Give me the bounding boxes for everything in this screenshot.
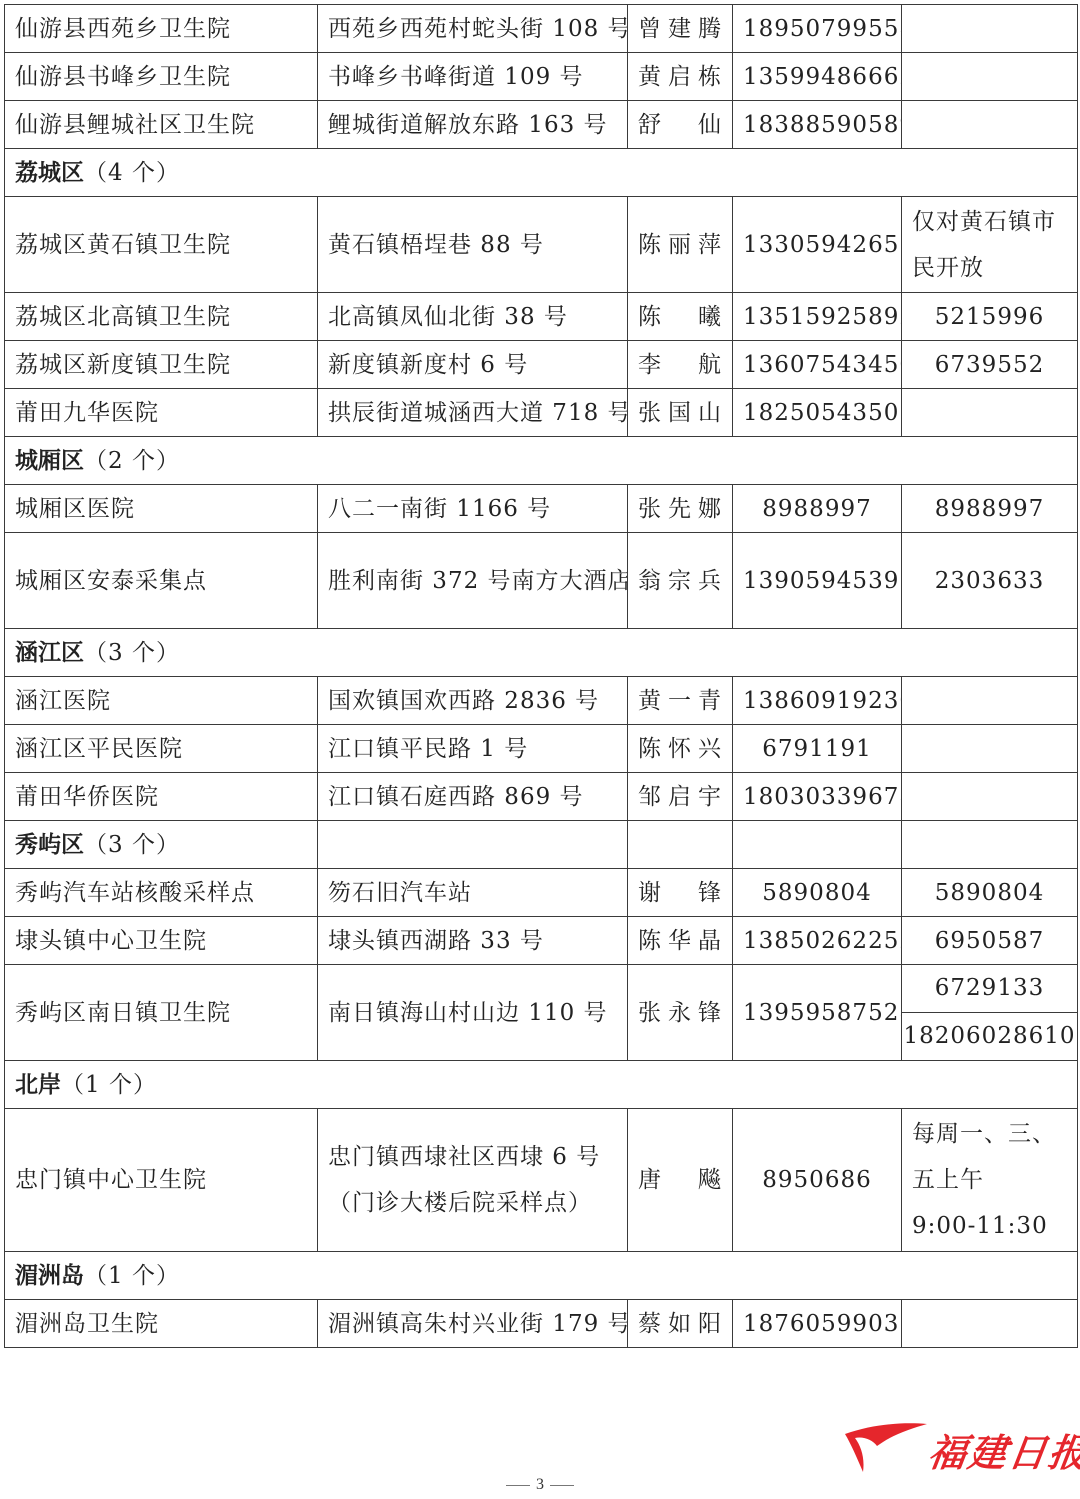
- address-line: （门诊大楼后院采样点）: [328, 1180, 617, 1226]
- site-name: 湄洲岛卫生院: [5, 1300, 318, 1348]
- site-address: 埭头镇西湖路 33 号: [318, 917, 628, 965]
- site-name: 莆田华侨医院: [5, 773, 318, 821]
- district-header-row: 荔城区（4 个）: [5, 149, 1078, 197]
- site-name: 涵江医院: [5, 677, 318, 725]
- site-note: [902, 773, 1078, 821]
- table-row: 仙游县书峰乡卫生院 书峰乡书峰街道 109 号 黄启栋 13599486662: [5, 53, 1078, 101]
- site-name: 城厢区安泰采集点: [5, 533, 318, 629]
- site-name: 秀屿汽车站核酸采样点: [5, 869, 318, 917]
- site-note: 2303633: [902, 533, 1078, 629]
- site-note: [902, 389, 1078, 437]
- site-address: 忠门镇西埭社区西埭 6 号 （门诊大楼后院采样点）: [318, 1109, 628, 1252]
- table-row: 莆田九华医院 拱辰街道城涵西大道 718 号 张国山 18250543507: [5, 389, 1078, 437]
- site-address: 书峰乡书峰街道 109 号: [318, 53, 628, 101]
- table-row: 秀屿汽车站核酸采样点 笏石旧汽车站 谢 锋 5890804 5890804: [5, 869, 1078, 917]
- site-address: 湄洲镇高朱村兴业街 179 号: [318, 1300, 628, 1348]
- district-count: （1 个）: [61, 1072, 157, 1098]
- site-note: [902, 5, 1078, 53]
- district-name: 湄洲岛: [15, 1263, 84, 1289]
- site-address: 黄石镇梧埕巷 88 号: [318, 197, 628, 293]
- table-row: 荔城区黄石镇卫生院 黄石镇梧埕巷 88 号 陈丽萍 13305942655 仅对…: [5, 197, 1078, 293]
- contact-person: 谢 锋: [628, 869, 733, 917]
- site-address: 国欢镇国欢西路 2836 号: [318, 677, 628, 725]
- contact-phone: 5890804: [733, 869, 902, 917]
- contact-person: 张国山: [628, 389, 733, 437]
- contact-person: 陈丽萍: [628, 197, 733, 293]
- contact-person: 张永锋: [628, 965, 733, 1061]
- table-row: 荔城区北高镇卫生院 北高镇凤仙北街 38 号 陈 曦 13515925892 5…: [5, 293, 1078, 341]
- site-name: 仙游县鲤城社区卫生院: [5, 101, 318, 149]
- district-header-row: 湄洲岛（1 个）: [5, 1252, 1078, 1300]
- dash-left: [506, 1485, 530, 1486]
- site-name: 仙游县西苑乡卫生院: [5, 5, 318, 53]
- site-address: 西苑乡西苑村蛇头街 108 号: [318, 5, 628, 53]
- district-name: 城厢区: [15, 448, 84, 474]
- note-line: 每周一、三、: [912, 1111, 1067, 1157]
- site-note: 6739552: [902, 341, 1078, 389]
- address-line: 忠门镇西埭社区西埭 6 号: [328, 1134, 617, 1180]
- contact-person: 陈怀兴: [628, 725, 733, 773]
- page-number-value: 3: [536, 1476, 544, 1493]
- district-header-row: 北岸（1 个）: [5, 1061, 1078, 1109]
- site-name: 莆田九华医院: [5, 389, 318, 437]
- site-address: 八二一南街 1166 号: [318, 485, 628, 533]
- table-row: 仙游县西苑乡卫生院 西苑乡西苑村蛇头街 108 号 曾建腾 1895079955…: [5, 5, 1078, 53]
- table-row: 城厢区医院 八二一南街 1166 号 张先娜 8988997 8988997: [5, 485, 1078, 533]
- note-line: 18206028610: [902, 1013, 1077, 1060]
- contact-phone: 13905945393: [733, 533, 902, 629]
- table-row: 荔城区新度镇卫生院 新度镇新度村 6 号 李 航 13607543450 673…: [5, 341, 1078, 389]
- district-header: 城厢区（2 个）: [5, 437, 1078, 485]
- site-name: 荔城区新度镇卫生院: [5, 341, 318, 389]
- site-address: 新度镇新度村 6 号: [318, 341, 628, 389]
- table-row: 城厢区安泰采集点 胜利南街 372 号南方大酒店一楼大厅 翁宗兵 1390594…: [5, 533, 1078, 629]
- contact-phone: 13599486662: [733, 53, 902, 101]
- note-line: 9:00-11:30: [912, 1203, 1067, 1249]
- site-name: 忠门镇中心卫生院: [5, 1109, 318, 1252]
- site-address: 胜利南街 372 号南方大酒店一楼大厅: [318, 533, 628, 629]
- site-name: 城厢区医院: [5, 485, 318, 533]
- contact-phone: 13850262252: [733, 917, 902, 965]
- table-row: 秀屿区南日镇卫生院 南日镇海山村山边 110 号 张永锋 13959587528…: [5, 965, 1078, 1061]
- note-line: 五上午: [912, 1157, 1067, 1203]
- contact-phone: 18950799558: [733, 5, 902, 53]
- contact-person: 黄启栋: [628, 53, 733, 101]
- district-header-row: 秀屿区（3 个）: [5, 821, 1078, 869]
- contact-phone: 18030339678: [733, 773, 902, 821]
- contact-phone: 13860919230: [733, 677, 902, 725]
- site-address: 鲤城街道解放东路 163 号: [318, 101, 628, 149]
- table-row: 涵江区平民医院 江口镇平民路 1 号 陈怀兴 6791191: [5, 725, 1078, 773]
- empty-cell: [628, 821, 733, 869]
- site-name: 秀屿区南日镇卫生院: [5, 965, 318, 1061]
- site-name: 埭头镇中心卫生院: [5, 917, 318, 965]
- district-count: （3 个）: [84, 640, 180, 666]
- site-note: 6950587: [902, 917, 1078, 965]
- table-row: 涵江医院 国欢镇国欢西路 2836 号 黄一青 13860919230: [5, 677, 1078, 725]
- district-header: 涵江区（3 个）: [5, 629, 1078, 677]
- logo-mark-icon: [843, 1422, 927, 1474]
- empty-cell: [902, 821, 1078, 869]
- district-name: 秀屿区: [15, 832, 84, 858]
- empty-cell: [733, 821, 902, 869]
- table-row: 埭头镇中心卫生院 埭头镇西湖路 33 号 陈华晶 13850262252 695…: [5, 917, 1078, 965]
- district-header: 秀屿区（3 个）: [5, 821, 318, 869]
- site-address: 江口镇平民路 1 号: [318, 725, 628, 773]
- contact-phone: 13959587528: [733, 965, 902, 1061]
- contact-person: 唐 飚: [628, 1109, 733, 1252]
- district-count: （4 个）: [84, 160, 180, 186]
- contact-phone: 8950686: [733, 1109, 902, 1252]
- site-address: 北高镇凤仙北街 38 号: [318, 293, 628, 341]
- contact-person: 李 航: [628, 341, 733, 389]
- contact-person: 陈华晶: [628, 917, 733, 965]
- contact-person: 翁宗兵: [628, 533, 733, 629]
- site-address: 江口镇石庭西路 869 号: [318, 773, 628, 821]
- note-line: 6729133: [902, 965, 1077, 1013]
- site-name: 涵江区平民医院: [5, 725, 318, 773]
- district-header-row: 城厢区（2 个）: [5, 437, 1078, 485]
- contact-phone: 13607543450: [733, 341, 902, 389]
- district-count: （1 个）: [84, 1263, 180, 1289]
- site-name: 仙游县书峰乡卫生院: [5, 53, 318, 101]
- table-row: 忠门镇中心卫生院 忠门镇西埭社区西埭 6 号 （门诊大楼后院采样点） 唐 飚 8…: [5, 1109, 1078, 1252]
- district-count: （2 个）: [84, 448, 180, 474]
- contact-phone: 18388590589: [733, 101, 902, 149]
- logo-wordmark: 福建日报: [925, 1422, 1080, 1477]
- document-page: 仙游县西苑乡卫生院 西苑乡西苑村蛇头街 108 号 曾建腾 1895079955…: [4, 4, 1077, 1348]
- site-note: [902, 53, 1078, 101]
- contact-person: 邹启宇: [628, 773, 733, 821]
- contact-person: 黄一青: [628, 677, 733, 725]
- site-note: 5215996: [902, 293, 1078, 341]
- site-note: [902, 677, 1078, 725]
- site-address: 拱辰街道城涵西大道 718 号: [318, 389, 628, 437]
- contact-phone: 6791191: [733, 725, 902, 773]
- site-note: [902, 725, 1078, 773]
- district-header: 荔城区（4 个）: [5, 149, 1078, 197]
- site-note: 仅对黄石镇市民开放: [902, 197, 1078, 293]
- contact-phone: 13305942655: [733, 197, 902, 293]
- site-address: 笏石旧汽车站: [318, 869, 628, 917]
- district-header-row: 涵江区（3 个）: [5, 629, 1078, 677]
- contact-person: 曾建腾: [628, 5, 733, 53]
- site-note: 6729133 18206028610: [902, 965, 1078, 1061]
- site-name: 荔城区黄石镇卫生院: [5, 197, 318, 293]
- fujian-daily-logo: 福建日报: [843, 1418, 1068, 1482]
- contact-phone: 8988997: [733, 485, 902, 533]
- site-note: 8988997: [902, 485, 1078, 533]
- table-row: 仙游县鲤城社区卫生院 鲤城街道解放东路 163 号 舒 仙 1838859058…: [5, 101, 1078, 149]
- contact-person: 张先娜: [628, 485, 733, 533]
- district-header: 湄洲岛（1 个）: [5, 1252, 1078, 1300]
- district-header: 北岸（1 个）: [5, 1061, 1078, 1109]
- page-number: 3: [0, 1476, 1080, 1494]
- contact-person: 陈 曦: [628, 293, 733, 341]
- table-row: 湄洲岛卫生院 湄洲镇高朱村兴业街 179 号 蔡如阳 18760599033: [5, 1300, 1078, 1348]
- empty-cell: [318, 821, 628, 869]
- contact-phone: 13515925892: [733, 293, 902, 341]
- site-address: 南日镇海山村山边 110 号: [318, 965, 628, 1061]
- dash-right: [550, 1485, 574, 1486]
- contact-phone: 18250543507: [733, 389, 902, 437]
- district-name: 北岸: [15, 1072, 61, 1098]
- table-row: 莆田华侨医院 江口镇石庭西路 869 号 邹启宇 18030339678: [5, 773, 1078, 821]
- site-note: 每周一、三、 五上午 9:00-11:30: [902, 1109, 1078, 1252]
- site-note: [902, 1300, 1078, 1348]
- contact-phone: 18760599033: [733, 1300, 902, 1348]
- district-name: 荔城区: [15, 160, 84, 186]
- site-note: 5890804: [902, 869, 1078, 917]
- district-count: （3 个）: [84, 832, 180, 858]
- contact-person: 舒 仙: [628, 101, 733, 149]
- district-name: 涵江区: [15, 640, 84, 666]
- site-name: 荔城区北高镇卫生院: [5, 293, 318, 341]
- testing-sites-table: 仙游县西苑乡卫生院 西苑乡西苑村蛇头街 108 号 曾建腾 1895079955…: [4, 4, 1078, 1348]
- site-note: [902, 101, 1078, 149]
- contact-person: 蔡如阳: [628, 1300, 733, 1348]
